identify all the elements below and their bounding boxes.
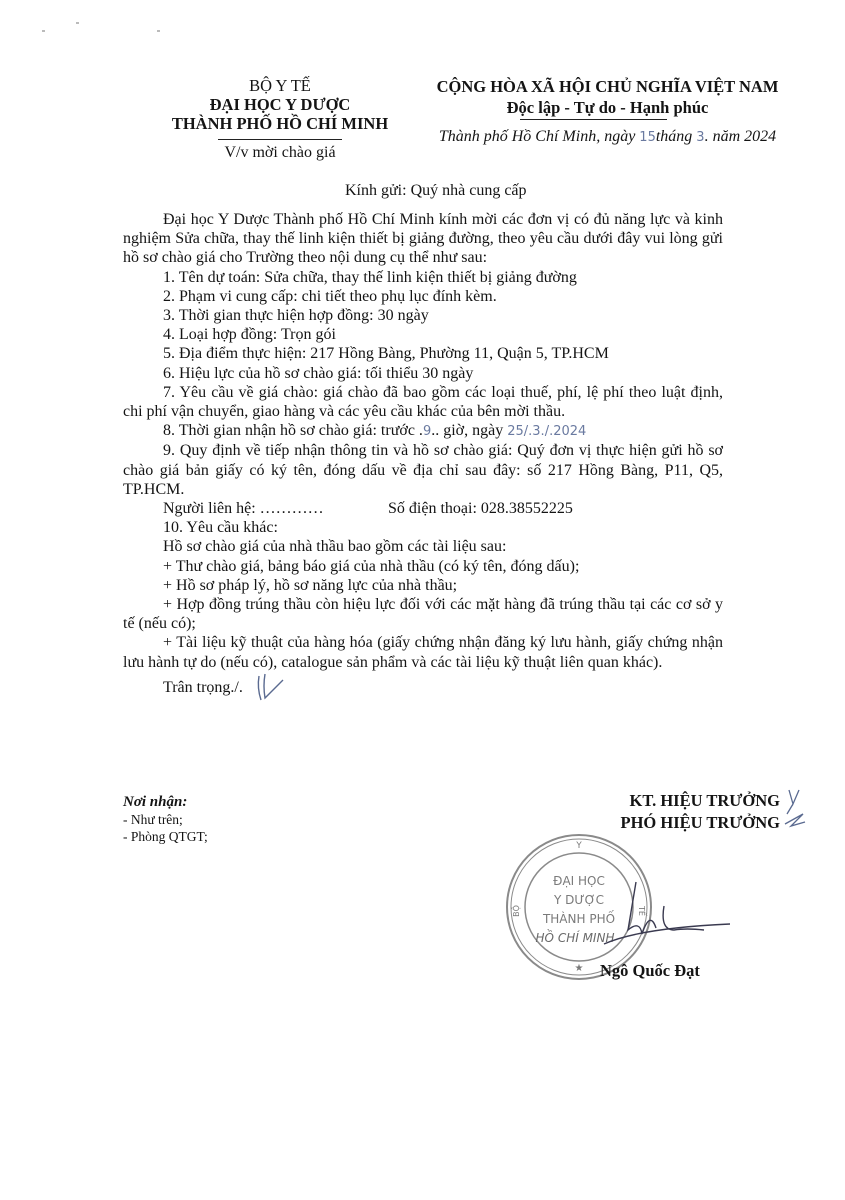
item-4: 4. Loại hợp đồng: Trọn gói xyxy=(123,325,723,344)
subject-line: V/v mời chào giá xyxy=(140,144,420,162)
recipients-title: Nơi nhận: xyxy=(123,794,208,811)
recipient-item: - Như trên; xyxy=(123,811,208,828)
motto-underline xyxy=(520,119,667,120)
university-name-line1: ĐẠI HỌC Y DƯỢC xyxy=(140,95,420,114)
scan-speck xyxy=(76,22,79,24)
handwritten-month: 3 xyxy=(696,130,704,145)
intro-paragraph: Đại học Y Dược Thành phố Hồ Chí Minh kín… xyxy=(123,210,723,268)
handwritten-signature-icon xyxy=(600,880,740,950)
scan-speck xyxy=(157,30,160,32)
svg-text:★: ★ xyxy=(575,963,584,974)
requirement-bullet: + Hồ sơ pháp lý, hồ sơ năng lực của nhà … xyxy=(123,576,723,595)
stamp-line: Y DƯỢC xyxy=(553,893,604,907)
stamp-line: ĐẠI HỌC xyxy=(553,874,605,888)
motto: Độc lập - Tự do - Hạnh phúc xyxy=(410,97,805,118)
contact-line: Người liên hệ: …………Số điện thoại: 028.38… xyxy=(123,499,723,518)
requirement-bullet: + Tài liệu kỹ thuật của hàng hóa (giấy c… xyxy=(123,633,723,671)
signer-title-line2: PHÓ HIỆU TRƯỞNG xyxy=(520,812,780,834)
recipient-item: - Phòng QTGT; xyxy=(123,828,208,845)
initials-signature-icon xyxy=(253,672,289,702)
requirement-bullet: + Hợp đồng trúng thầu còn hiệu lực đối v… xyxy=(123,595,723,633)
requirement-bullet: + Thư chào giá, bảng báo giá của nhà thầ… xyxy=(123,557,723,576)
university-name-line2: THÀNH PHỐ HỒ CHÍ MINH xyxy=(140,114,420,133)
letter-body: Đại học Y Dược Thành phố Hồ Chí Minh kín… xyxy=(123,210,723,702)
signer-title: KT. HIỆU TRƯỞNG PHÓ HIỆU TRƯỞNG xyxy=(520,790,780,834)
ministry-name: BỘ Y TẾ xyxy=(140,76,420,95)
scan-speck xyxy=(42,30,45,32)
item-2: 2. Phạm vi cung cấp: chi tiết theo phụ l… xyxy=(123,287,723,306)
month-label: tháng xyxy=(656,128,696,145)
document-date: Thành phố Hồ Chí Minh, ngày 15tháng 3. n… xyxy=(410,128,805,146)
contact-phone: Số điện thoại: 028.38552225 xyxy=(348,499,573,518)
salutation: Kính gửi: Quý nhà cung cấp xyxy=(345,182,527,200)
item-8: 8. Thời gian nhận hồ sơ chào giá: trước … xyxy=(123,421,723,441)
signer-title-line1: KT. HIỆU TRƯỞNG xyxy=(520,790,780,812)
recipients-block: Nơi nhận: - Như trên; - Phòng QTGT; xyxy=(123,794,208,845)
signer-name: Ngô Quốc Đạt xyxy=(600,961,700,981)
year-label: . năm 2024 xyxy=(705,128,777,145)
date-prefix: Thành phố Hồ Chí Minh, ngày xyxy=(439,128,639,145)
item-10-title: 10. Yêu cầu khác: xyxy=(123,518,723,537)
item-7: 7. Yêu cầu về giá chào: giá chào đã bao … xyxy=(123,383,723,421)
stamp-top-letter: Y xyxy=(575,841,582,851)
item-5: 5. Địa điểm thực hiện: 217 Hồng Bàng, Ph… xyxy=(123,344,723,363)
handwritten-deadline-date: 25/.3./.2024 xyxy=(507,424,586,439)
nation-title: CỘNG HÒA XÃ HỘI CHỦ NGHĨA VIỆT NAM xyxy=(410,76,805,97)
handwritten-hour: 9 xyxy=(423,424,431,439)
handwritten-day: 15 xyxy=(639,130,656,145)
issuer-underline xyxy=(218,139,342,140)
national-header: CỘNG HÒA XÃ HỘI CHỦ NGHĨA VIỆT NAM Độc l… xyxy=(410,76,805,118)
contact-person: Người liên hệ: ………… xyxy=(123,499,348,518)
item-6: 6. Hiệu lực của hồ sơ chào giá: tối thiể… xyxy=(123,364,723,383)
initials-mark-icon xyxy=(783,788,807,830)
item-10-lead: Hồ sơ chào giá của nhà thầu bao gồm các … xyxy=(123,537,723,556)
item-3: 3. Thời gian thực hiện hợp đồng: 30 ngày xyxy=(123,306,723,325)
stamp-left-letters: BỘ xyxy=(510,905,521,917)
closing: Trân trọng./. xyxy=(123,672,723,702)
issuer-block: BỘ Y TẾ ĐẠI HỌC Y DƯỢC THÀNH PHỐ HỒ CHÍ … xyxy=(140,76,420,133)
item-1: 1. Tên dự toán: Sửa chữa, thay thế linh … xyxy=(123,268,723,287)
item-9: 9. Quy định về tiếp nhận thông tin và hồ… xyxy=(123,441,723,499)
